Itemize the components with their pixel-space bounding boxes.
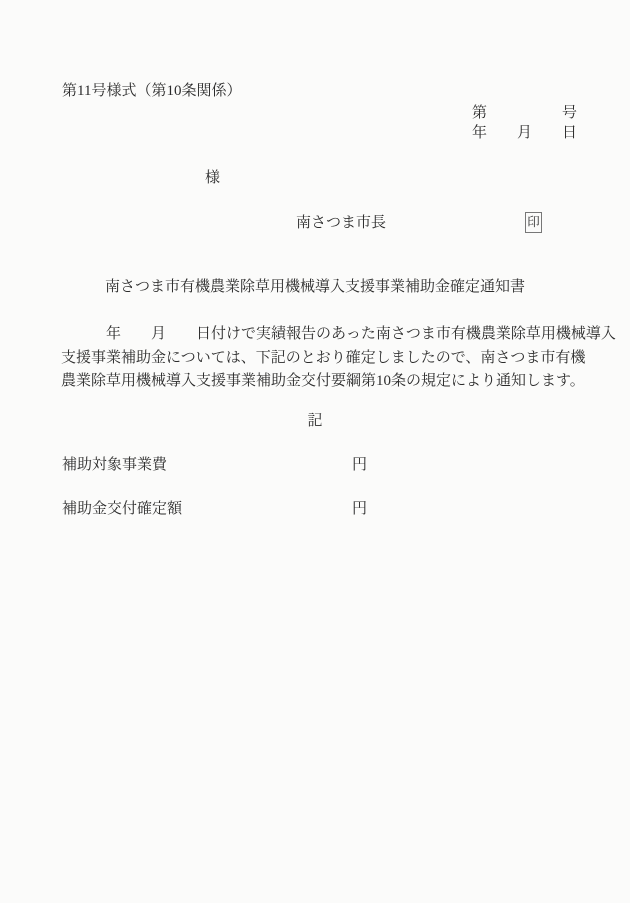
document-title: 南さつま市有機農業除草用機械導入支援事業補助金確定通知書 (0, 280, 630, 295)
item-label-determined-amount: 補助金交付確定額 (62, 502, 182, 517)
body-line-3: 農業除草用機械導入支援事業補助金交付要綱第10条の規定により通知します。 (61, 370, 581, 394)
body-paragraph: 年 月 日付けで実績報告のあった南さつま市有機農業除草用機械導入 支援事業補助金… (61, 323, 581, 394)
body-line-2: 支援事業補助金については、下記のとおり確定しましたので、南さつま市有機 (61, 347, 581, 371)
section-marker-ki: 記 (0, 414, 630, 429)
item-unit-yen: 円 (352, 502, 367, 517)
item-label-project-cost: 補助対象事業費 (62, 458, 167, 473)
date-blank-line: 年 月 日 (472, 126, 577, 141)
item-unit-yen: 円 (352, 458, 367, 473)
amount-row-determined-amount: 補助金交付確定額 円 (0, 502, 630, 518)
document-page: 第11号様式（第10条関係） 第 号 年 月 日 様 南さつま市長 印 南さつま… (0, 0, 630, 903)
seal-placeholder-label: 印 (527, 216, 540, 229)
document-number-blank-line: 第 号 (472, 106, 577, 121)
body-line-1: 年 月 日付けで実績報告のあった南さつま市有機農業除草用機械導入 (61, 323, 581, 347)
seal-box: 印 (525, 212, 542, 233)
addressee-suffix: 様 (205, 171, 220, 186)
amount-row-project-cost: 補助対象事業費 円 (0, 458, 630, 474)
form-number-label: 第11号様式（第10条関係） (62, 84, 241, 99)
issuer-name: 南さつま市長 (296, 216, 386, 231)
